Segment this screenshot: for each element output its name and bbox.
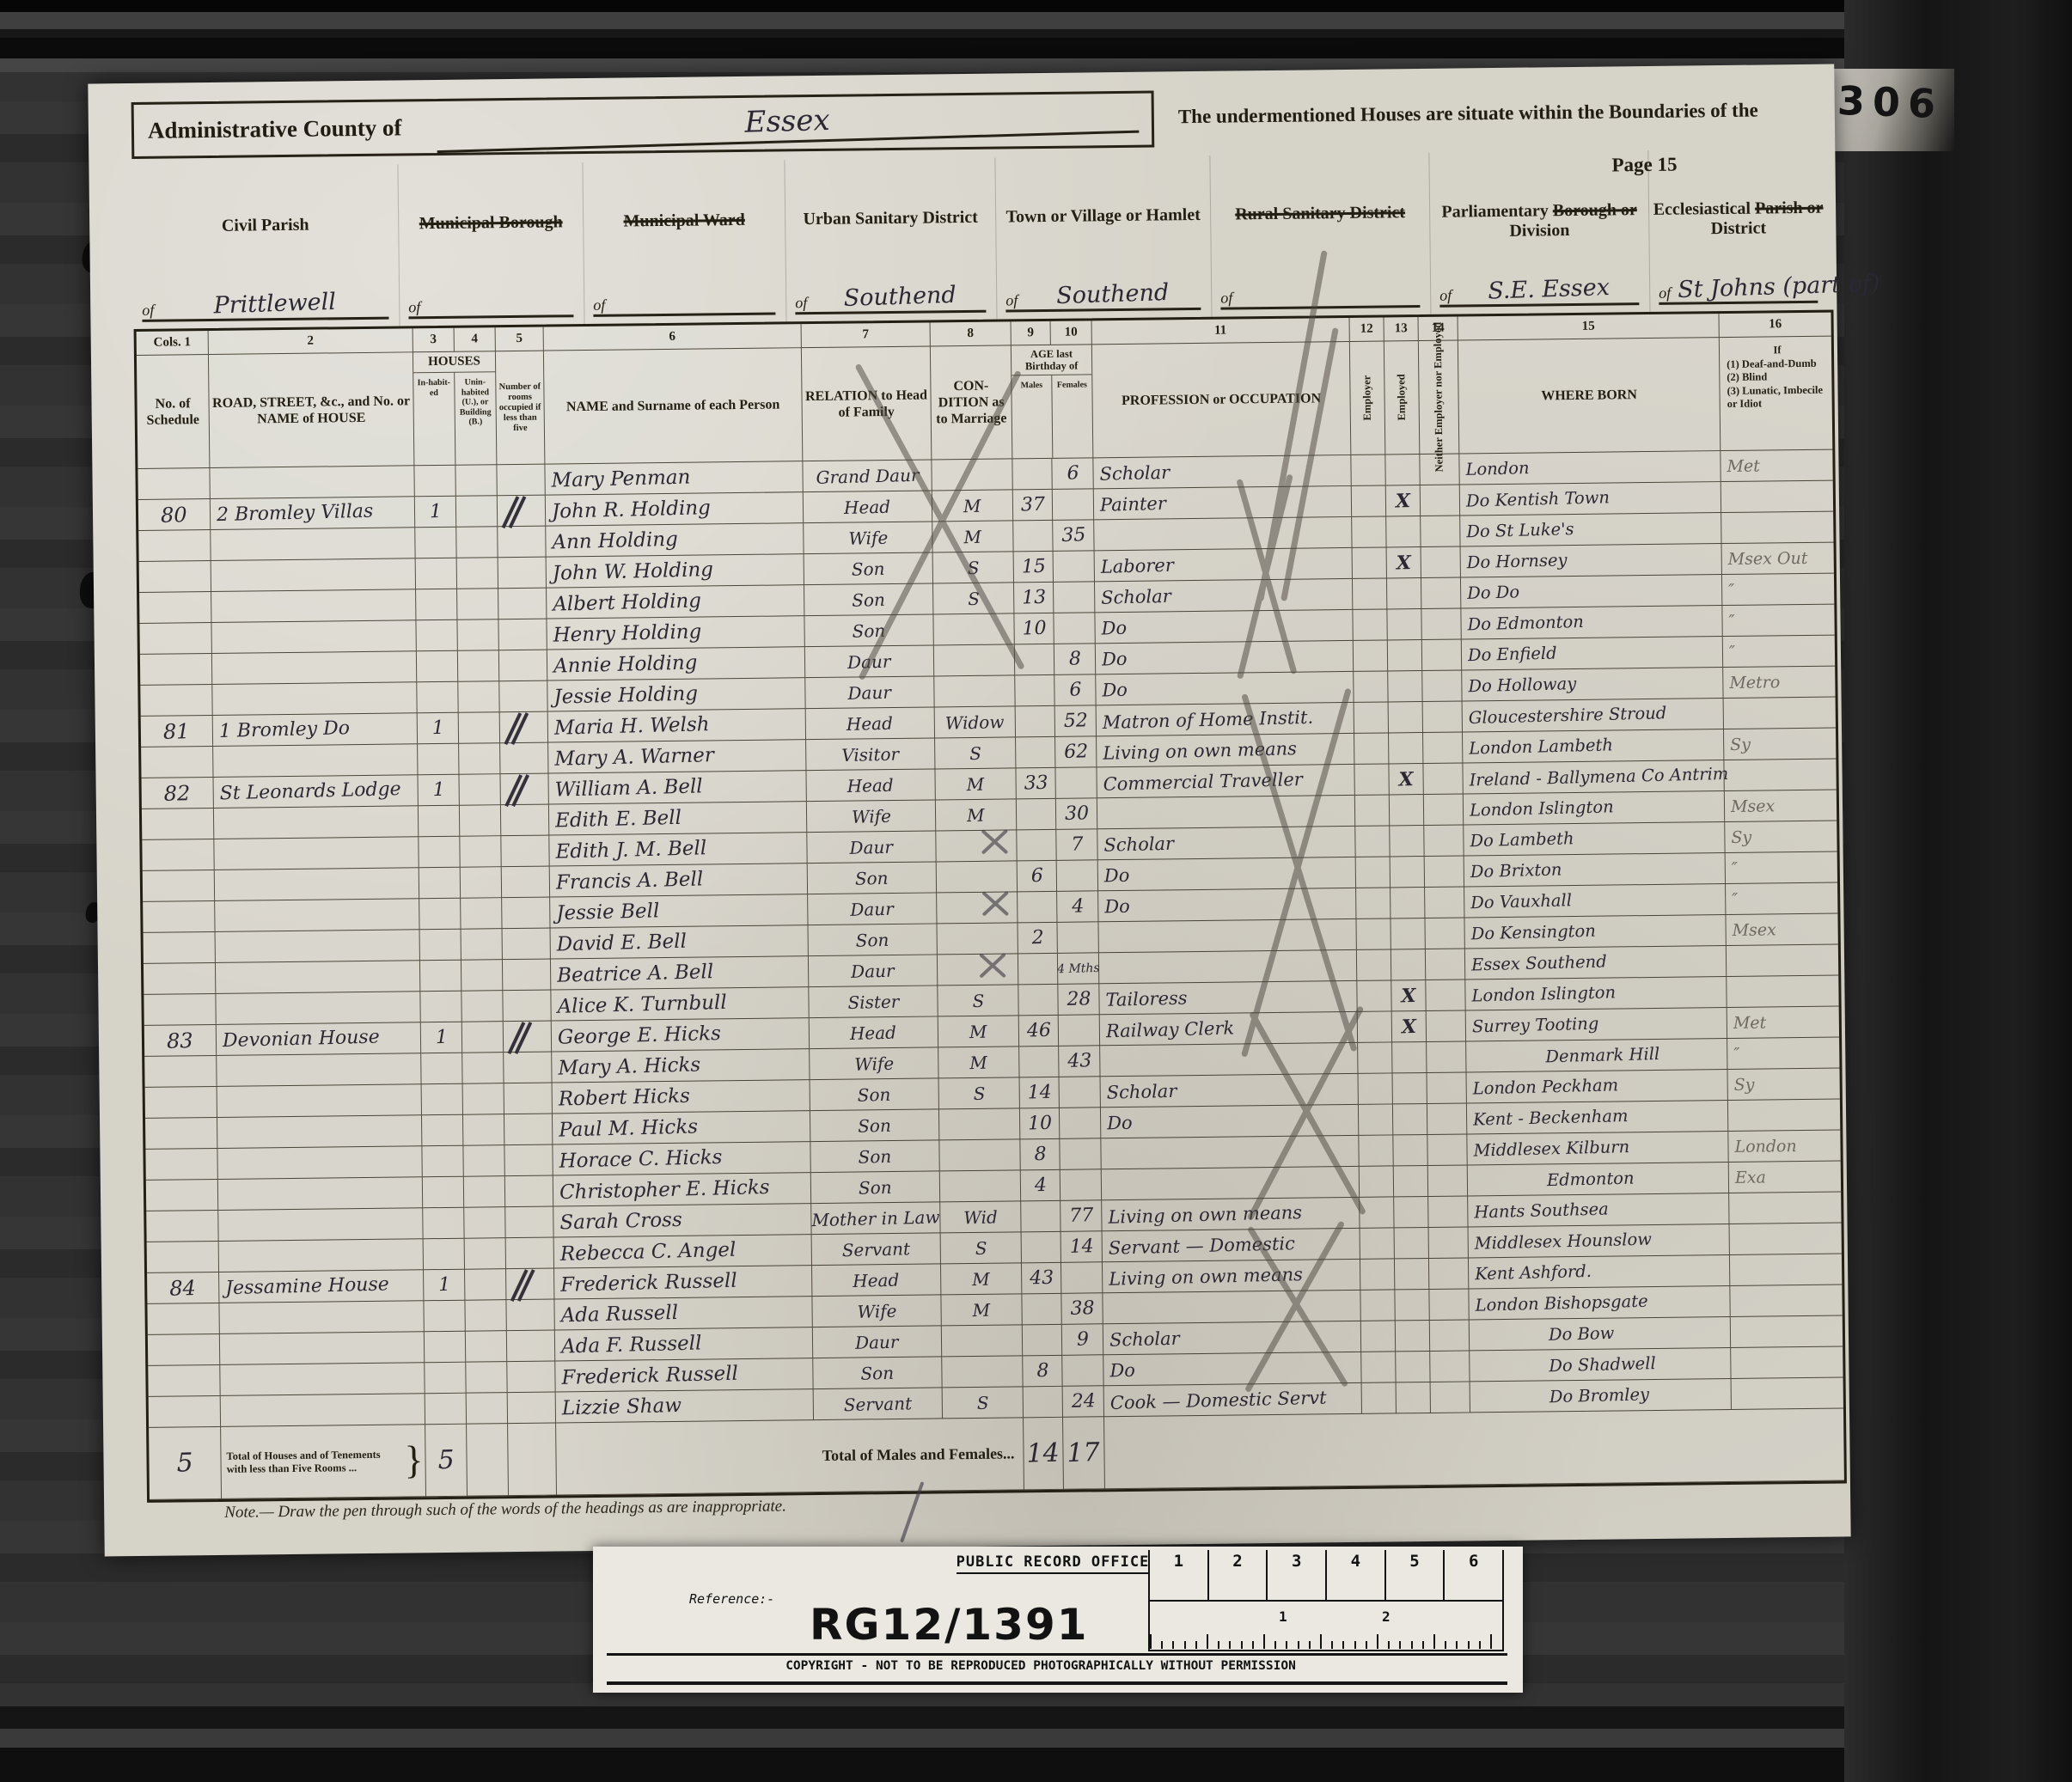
cell-age-female-text: 35 <box>1061 524 1086 546</box>
cell-name-text: Christopher E. Hicks <box>559 1175 770 1203</box>
cell-employed <box>1394 1197 1428 1228</box>
header-relation: RELATION to Head of Family <box>802 346 932 461</box>
cell-rooms <box>498 496 546 528</box>
cell-age-male: 43 <box>1022 1263 1061 1295</box>
header-neither: Neither Employer nor Employed <box>1419 341 1459 455</box>
cell-employer <box>1360 1197 1394 1228</box>
cell-occupation-text: Living on own means <box>1109 1264 1303 1290</box>
cell-name: Annie Holding <box>547 647 805 680</box>
cell-uninhabited <box>457 619 498 651</box>
cell-employed <box>1393 1104 1427 1135</box>
district-cell: Town or Village or HamletofSouthend <box>995 156 1212 320</box>
cell-age-female: 9 <box>1062 1324 1103 1356</box>
cell-infirmity-text: Metro <box>1729 673 1780 693</box>
cell-condition: Widow <box>935 706 1016 738</box>
cell-inhabited-text: 1 <box>437 1274 450 1296</box>
cell-where-born-text: Do Lambeth <box>1470 828 1574 851</box>
cell-rooms <box>498 558 547 589</box>
ruler-tick <box>1229 1641 1231 1649</box>
header-inhabited: In-habit-ed <box>413 373 455 466</box>
district-label-text: Division <box>1509 221 1569 241</box>
cell-relation-text: Son <box>856 929 889 950</box>
district-label-text: Town or Village or Hamlet <box>1005 205 1201 227</box>
cell-neither <box>1420 455 1459 486</box>
cell-where-born: Middlesex Hounslow <box>1469 1224 1730 1258</box>
cell-age-male: 15 <box>1014 552 1054 583</box>
cell-relation-text: Daur <box>849 836 893 857</box>
cell-employer <box>1362 1382 1397 1413</box>
cell-name-text: Beatrice A. Bell <box>557 961 714 987</box>
cell-age-female: 6 <box>1054 674 1096 706</box>
cell-condition: M <box>932 490 1013 522</box>
cell-name: Alice K. Turnbull <box>551 987 809 1021</box>
cell-house-text: Jessamine House <box>225 1273 389 1299</box>
cell-house <box>214 837 419 870</box>
cell-occupation-text: Matron of Home Instit. <box>1103 706 1314 732</box>
ruler-tick <box>1252 1641 1254 1649</box>
cell-rooms <box>505 1207 553 1239</box>
cell-rooms <box>504 1022 552 1053</box>
cell-employed <box>1391 918 1425 949</box>
cell-age-female: 52 <box>1055 705 1097 737</box>
cell-schedule <box>149 1396 221 1428</box>
cell-schedule: 80 <box>138 499 211 531</box>
cell-rooms <box>498 619 547 651</box>
total-females-cell: 17 <box>1063 1417 1105 1490</box>
district-value <box>612 310 775 316</box>
cell-neither <box>1422 639 1462 671</box>
cell-condition-text: M <box>969 1052 987 1073</box>
cell-inhabited <box>424 1239 465 1271</box>
cell-age-female: 43 <box>1059 1046 1100 1077</box>
cell-neither <box>1425 856 1464 888</box>
cell-occupation: Tailoress <box>1099 981 1357 1015</box>
cell-occupation-text: Living on own means <box>1103 738 1297 764</box>
cell-occupation-text: Scholar <box>1103 833 1174 855</box>
cell-where-born-text: Do Bromley <box>1549 1384 1650 1407</box>
column-number: 11 <box>1092 318 1350 345</box>
cell-rooms <box>499 650 547 682</box>
cell-employed-text: X <box>1402 1016 1417 1038</box>
cell-employer <box>1354 671 1388 702</box>
cell-where-born-text: London <box>1465 458 1530 479</box>
cell-infirmity <box>1724 760 1836 791</box>
cell-where-born: Ireland - Ballymena Co Antrim <box>1463 760 1724 794</box>
cell-schedule <box>140 654 212 686</box>
cell-condition-text: M <box>967 804 985 826</box>
cell-occupation <box>1101 1136 1359 1169</box>
cell-name-text: John R. Holding <box>552 497 711 523</box>
cell-occupation-text: Do <box>1109 1359 1135 1381</box>
cell-condition-text: M <box>972 1268 990 1290</box>
cell-name-text: Frederick Russell <box>561 1362 738 1388</box>
total-females-value: 17 <box>1067 1437 1100 1468</box>
cell-house <box>213 744 418 778</box>
cell-age-female <box>1057 860 1098 892</box>
cell-relation-text: Head <box>853 1269 900 1291</box>
cell-condition-text: M <box>967 773 985 795</box>
cell-inhabited <box>423 1177 464 1209</box>
cell-where-born: London Islington <box>1465 977 1727 1010</box>
cell-employed-text: X <box>1398 768 1414 790</box>
cell-neither <box>1427 1134 1467 1166</box>
cell-schedule-text: 83 <box>167 1028 193 1053</box>
cell-employed <box>1391 949 1426 980</box>
cell-uninhabited <box>461 929 503 961</box>
cell-inhabited <box>419 837 460 869</box>
cell-inhabited <box>421 1053 462 1085</box>
cell-rooms <box>498 527 546 558</box>
cell-occupation: Scholar <box>1103 1321 1361 1355</box>
cell-rooms <box>504 1053 552 1084</box>
ruler-tick <box>1388 1641 1390 1649</box>
household-separator-mark <box>515 1271 530 1297</box>
cell-name: Horace C. Hicks <box>553 1142 810 1175</box>
cell-age-male-text: 46 <box>1026 1020 1051 1042</box>
cell-occupation: Living on own means <box>1102 1198 1360 1231</box>
houses-group-title: HOUSES <box>413 351 495 369</box>
cell-relation-text: Son <box>855 867 889 888</box>
cell-condition: S <box>935 737 1016 769</box>
cell-inhabited <box>420 992 461 1023</box>
cell-where-born-text: London Lambeth <box>1469 735 1613 758</box>
cell-house <box>214 806 419 839</box>
cell-neither <box>1421 577 1461 609</box>
cell-employer <box>1360 1259 1395 1290</box>
cell-schedule-text: 80 <box>161 503 187 528</box>
infirmity-line: or Idiot <box>1727 397 1829 412</box>
cell-inhabited <box>416 589 457 621</box>
cell-employed <box>1397 1382 1431 1413</box>
header-road-street: ROAD, STREET, &c., and No. or NAME of HO… <box>209 352 414 468</box>
cell-relation: Wife <box>804 522 932 554</box>
cell-age-female: 8 <box>1054 644 1096 675</box>
cell-name: Lizzie Shaw <box>556 1389 814 1423</box>
cell-relation-text: Grand Daur <box>816 464 919 487</box>
cell-house <box>210 466 414 499</box>
district-label: Municipal Ward <box>584 210 785 232</box>
cell-age-male-text: 8 <box>1036 1360 1049 1382</box>
cell-schedule <box>144 994 216 1026</box>
cell-where-born: Do Bow <box>1470 1317 1731 1351</box>
cell-where-born: Gloucestershire Stroud <box>1463 699 1724 732</box>
cell-age-female <box>1062 1355 1103 1387</box>
district-value-line: of <box>593 295 775 317</box>
pro-reference-label: Reference:- <box>689 1591 774 1607</box>
cell-where-born: Do Hornsey <box>1461 544 1722 577</box>
cell-occupation: Matron of Home Instit. <box>1097 703 1354 736</box>
header-rooms: Number of rooms occupied if less than fi… <box>496 351 545 466</box>
cell-schedule <box>145 1149 217 1181</box>
cell-infirmity <box>1727 945 1838 977</box>
cell-infirmity-text: ″ <box>1733 1044 1739 1063</box>
cell-employed <box>1387 609 1421 640</box>
cell-age-female-text: 24 <box>1071 1390 1096 1413</box>
header-text: CON-DITION as to Marriage <box>932 377 1010 427</box>
cell-uninhabited <box>466 1331 507 1363</box>
header-text: WHERE BORN <box>1541 387 1637 404</box>
cell-age-female: 7 <box>1056 829 1097 861</box>
cell-employer <box>1356 888 1391 918</box>
cell-inhabited: 1 <box>421 1022 462 1054</box>
district-value-line: of <box>1220 287 1420 310</box>
cell-house <box>211 620 416 654</box>
cell-age-male: 8 <box>1020 1139 1060 1171</box>
cell-where-born-text: Do Edmonton <box>1467 612 1584 634</box>
cell-age-male <box>1023 1325 1062 1357</box>
cell-inhabited-text: 1 <box>435 1027 448 1048</box>
cell-infirmity-text: Exa <box>1735 1168 1766 1187</box>
cell-relation: Wife <box>807 800 936 833</box>
cell-condition-text: S <box>972 990 984 1010</box>
district-value: Prittlewell <box>161 287 389 322</box>
of-prefix: of <box>593 296 605 314</box>
cell-where-born: Do Edmonton <box>1461 606 1722 639</box>
header-age-group: AGE last Birthday ofMalesFemales <box>1012 345 1093 459</box>
cell-age-female-text: 6 <box>1067 462 1079 484</box>
district-cell: Urban Sanitary DistrictofSouthend <box>785 158 997 322</box>
cell-age-male-text: 10 <box>1027 1113 1052 1135</box>
cell-infirmity-text: Sy <box>1734 1075 1755 1094</box>
cell-relation-text: Daur <box>851 960 895 981</box>
cell-inhabited <box>419 868 461 900</box>
cell-inhabited: 1 <box>418 775 459 807</box>
cell-inhabited <box>419 899 461 931</box>
cell-age-female-text: 6 <box>1069 679 1082 700</box>
cell-inhabited: 1 <box>415 497 456 528</box>
cell-schedule <box>141 747 213 778</box>
cell-relation: Daur <box>805 645 934 678</box>
district-label-text: Ecclesiastical <box>1653 199 1756 219</box>
cell-condition: M <box>932 521 1013 552</box>
cell-age-male-text: 43 <box>1029 1267 1054 1290</box>
cell-inhabited <box>414 466 455 497</box>
cell-relation: Daur <box>807 831 936 864</box>
ruler-tick <box>1433 1634 1435 1649</box>
cell-schedule <box>139 592 211 624</box>
cell-schedule <box>146 1211 218 1242</box>
cell-employed <box>1391 888 1425 918</box>
ruler-inch-number: 3 <box>1268 1550 1327 1600</box>
cell-schedule <box>144 963 216 995</box>
cell-occupation-text: Do <box>1104 864 1130 886</box>
cell-age-male-text: 8 <box>1034 1144 1047 1165</box>
cell-relation-text: Son <box>859 1176 892 1198</box>
district-label-text: Urban Sanitary District <box>803 208 978 229</box>
cell-age-female-text: 30 <box>1064 803 1089 825</box>
cell-infirmity <box>1730 1254 1842 1286</box>
district-label: Civil Parish <box>132 214 398 237</box>
cell-infirmity-text: Met <box>1733 1013 1767 1032</box>
cell-rooms <box>500 743 548 775</box>
cell-employer <box>1354 640 1388 671</box>
cell-relation-text: Daur <box>855 1331 899 1352</box>
cell-uninhabited <box>458 681 499 713</box>
cell-house: St Leonards Lodge <box>214 775 419 809</box>
cell-condition <box>934 644 1015 676</box>
cell-schedule: 82 <box>142 778 214 809</box>
cell-relation: Son <box>810 1140 939 1173</box>
cell-age-male: 10 <box>1020 1108 1060 1140</box>
cell-rooms <box>502 867 550 899</box>
cell-name: Jessie Bell <box>550 894 808 928</box>
cell-inhabited: 1 <box>418 713 459 745</box>
ruler-cm-row: 12 <box>1150 1602 1502 1649</box>
cell-relation-text: Son <box>852 589 885 610</box>
ruler-tick <box>1207 1634 1208 1649</box>
cell-age-female: 14 <box>1061 1231 1103 1263</box>
cell-employer <box>1354 764 1389 795</box>
cell-age-male <box>1018 892 1057 924</box>
district-label: District <box>1649 218 1827 240</box>
cell-relation: Grand Daur <box>803 460 932 492</box>
cell-uninhabited <box>465 1269 506 1301</box>
cell-where-born-text: Gloucestershire Stroud <box>1469 703 1667 728</box>
header-where-born: WHERE BORN <box>1458 338 1721 454</box>
cell-age-female <box>1054 613 1095 644</box>
cell-infirmity: Exa <box>1729 1162 1841 1193</box>
cell-relation-text: Visitor <box>841 743 899 766</box>
cell-age-male-text: 37 <box>1020 494 1045 516</box>
cell-where-born-text: Do Bow <box>1549 1323 1615 1345</box>
cell-infirmity-text: ″ <box>1729 642 1735 661</box>
cell-employed: X <box>1386 485 1421 516</box>
cell-age-male: 13 <box>1014 583 1054 614</box>
cell-infirmity: Metro <box>1723 667 1835 699</box>
pro-reference-number: RG12/1391 <box>810 1600 1089 1650</box>
cell-employer <box>1359 1104 1393 1135</box>
cell-where-born: Do Shadwell <box>1470 1348 1731 1382</box>
cell-infirmity: Met <box>1727 1007 1839 1039</box>
pro-copyright-line: COPYRIGHT - NOT TO BE REPRODUCED PHOTOGR… <box>593 1659 1488 1673</box>
cell-name-text: William A. Bell <box>554 775 703 801</box>
cell-age-female-text: 4 Mths <box>1057 961 1100 975</box>
cell-house <box>216 930 420 963</box>
cell-condition: M <box>935 768 1016 800</box>
cell-relation: Mother in Law <box>811 1202 940 1235</box>
cell-age-male <box>1017 799 1056 831</box>
cell-condition <box>936 830 1017 862</box>
cell-age-female <box>1055 767 1097 799</box>
cell-condition-text: M <box>969 1021 987 1042</box>
cell-infirmity: Met <box>1721 450 1832 482</box>
cell-age-male-text: 15 <box>1021 556 1046 578</box>
cell-condition-text: Wid <box>963 1206 998 1228</box>
cell-name: Ada Russell <box>554 1297 812 1330</box>
cell-uninhabited <box>465 1238 506 1270</box>
cell-schedule <box>147 1242 219 1273</box>
cell-age-male: 8 <box>1023 1356 1062 1388</box>
cell-name-text: Henry Holding <box>553 620 701 646</box>
cell-employed <box>1396 1352 1430 1382</box>
cell-age-male-text: 2 <box>1031 927 1044 949</box>
census-table: Cols. 12345678910111213141516No. of Sche… <box>134 310 1847 1503</box>
cell-employer <box>1352 485 1386 516</box>
household-separator-mark <box>509 714 524 740</box>
cell-relation: Daur <box>813 1326 942 1358</box>
district-value: Southend <box>1024 278 1201 312</box>
cell-occupation-text: Laborer <box>1100 554 1174 577</box>
cell-age-male-text: 10 <box>1022 618 1047 640</box>
cell-inhabited <box>417 651 458 683</box>
cell-relation: Son <box>810 1109 939 1142</box>
total-houses-value: 5 <box>437 1445 455 1476</box>
column-number: 8 <box>931 321 1012 346</box>
cell-rooms <box>504 1145 553 1177</box>
header-name-surname: NAME and Surname of each Person <box>544 348 803 464</box>
cell-where-born: Denmark Hill <box>1466 1039 1727 1072</box>
cell-neither <box>1421 516 1460 547</box>
cell-occupation: Do <box>1101 1105 1359 1138</box>
cell-employer <box>1359 1135 1393 1166</box>
cell-employer <box>1352 516 1386 547</box>
cell-house <box>219 1239 424 1272</box>
cell-age-male-text: 13 <box>1021 587 1046 609</box>
cell-infirmity-text: Sy <box>1730 735 1751 754</box>
cell-condition: M <box>936 799 1017 831</box>
cell-uninhabited <box>465 1300 506 1332</box>
cell-name: Jessie Holding <box>547 678 805 711</box>
cell-employed <box>1387 578 1421 609</box>
cell-employed <box>1393 1073 1427 1104</box>
cell-uninhabited <box>462 1022 504 1053</box>
cell-house <box>217 1146 422 1180</box>
cell-occupation: Do <box>1103 1352 1361 1386</box>
cell-inhabited <box>422 1084 463 1116</box>
cell-employer <box>1356 918 1391 949</box>
cell-relation: Wife <box>812 1295 941 1327</box>
ruler-tick <box>1274 1641 1276 1649</box>
ruler-inch-number: 4 <box>1327 1550 1386 1600</box>
cell-where-born-text: Kent Ashford. <box>1475 1261 1592 1284</box>
cell-occupation-text: Railway Clerk <box>1106 1017 1235 1041</box>
cell-name-text: Jessie Bell <box>556 900 660 925</box>
cell-house <box>211 589 416 623</box>
houses-subheads: In-habit-edUnin-habited (U.), or Buildin… <box>413 371 496 465</box>
cell-where-born: Surrey Tooting <box>1466 1008 1727 1041</box>
cell-age-female <box>1060 1108 1101 1139</box>
cell-occupation-text: Do <box>1101 617 1127 638</box>
cell-age-female: 62 <box>1055 736 1097 768</box>
ruler-inch-number: 1 <box>1150 1550 1209 1600</box>
cell-schedule <box>138 468 210 500</box>
ruler-tick <box>1377 1634 1378 1649</box>
cell-age-male <box>1022 1294 1061 1326</box>
cell-infirmity-text: Met <box>1727 456 1760 475</box>
cell-condition-text: M <box>963 495 981 516</box>
cell-age-female-text: 9 <box>1076 1328 1089 1350</box>
cell-inhabited <box>417 682 458 714</box>
cell-where-born-text: Do Enfield <box>1468 644 1557 666</box>
film-streak <box>0 1706 2072 1729</box>
cell-schedule <box>144 932 216 964</box>
cell-where-born-text: London Bishopsgate <box>1475 1291 1648 1315</box>
cell-employed <box>1389 702 1423 733</box>
cell-employed-text: X <box>1401 985 1416 1007</box>
cell-occupation-text: Scholar <box>1109 1327 1180 1350</box>
cell-occupation: Do <box>1095 610 1353 644</box>
district-cell: Rural Sanitary Districtof <box>1210 153 1431 317</box>
cell-employer <box>1360 1228 1395 1259</box>
cell-age-female-text: 43 <box>1067 1050 1092 1072</box>
of-prefix: of <box>1439 287 1452 305</box>
infirmity-line: (1) Deaf-and-Dumb <box>1727 357 1828 371</box>
ruler-tick <box>1195 1641 1197 1649</box>
cell-uninhabited <box>467 1393 508 1425</box>
cell-infirmity-text: ″ <box>1728 580 1734 599</box>
column-number: 7 <box>802 322 931 348</box>
cell-neither <box>1429 1258 1469 1290</box>
